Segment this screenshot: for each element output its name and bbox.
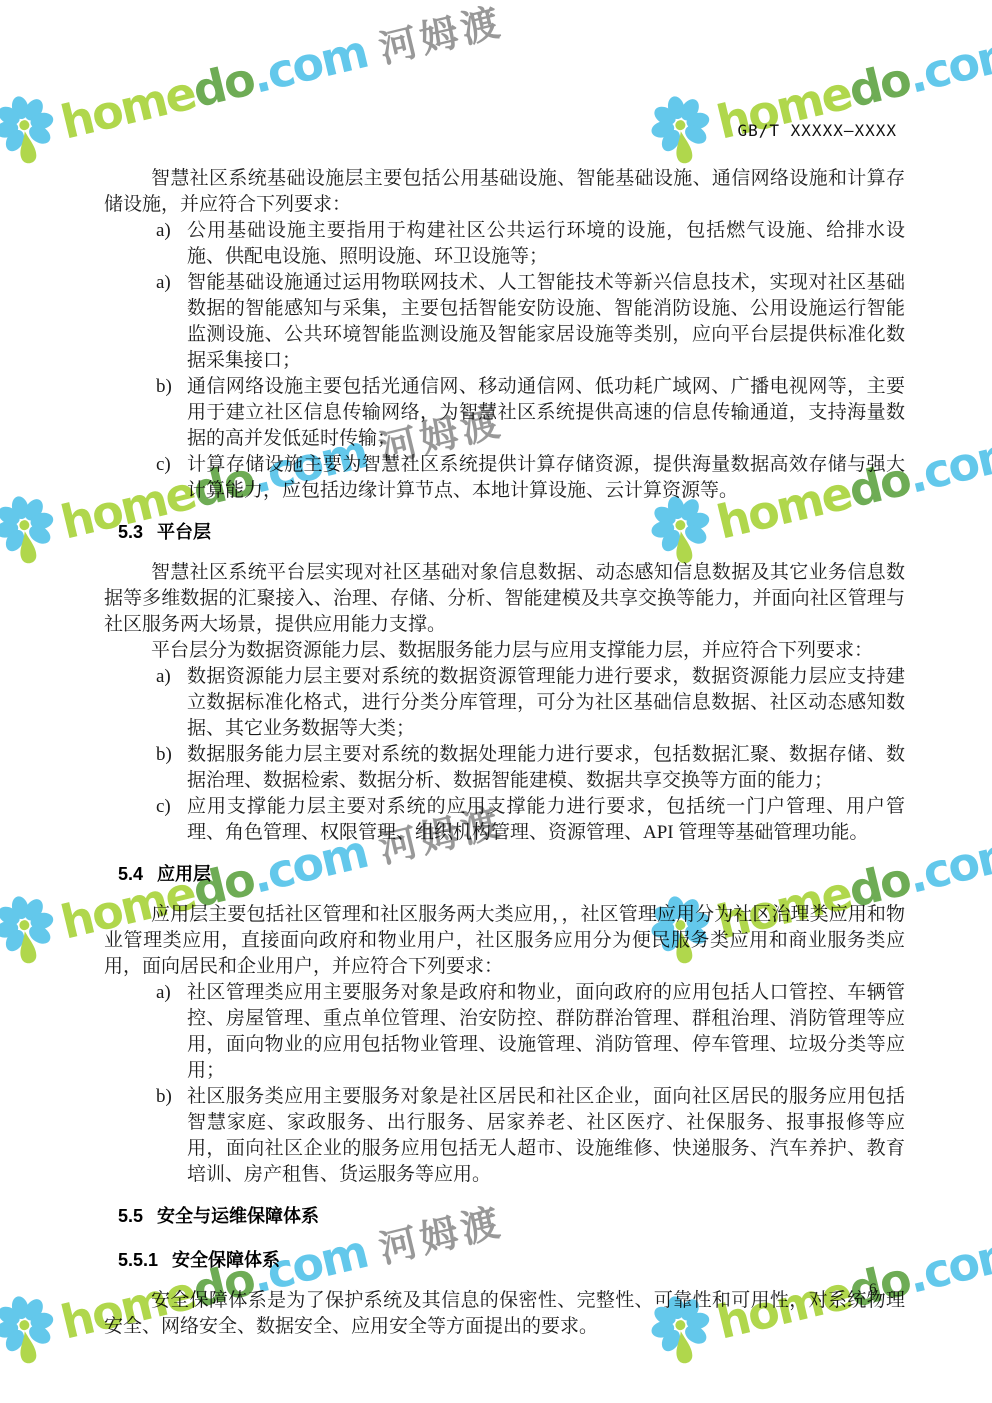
section-heading-5-4: 5.4应用层 (118, 862, 905, 886)
wordmark-com: .com (246, 24, 372, 104)
section-heading-5-5: 5.5安全与运维保障体系 (118, 1204, 905, 1228)
list-item: b) 数据服务能力层主要对系统的数据处理能力进行要求，包括数据汇聚、数据存储、数… (104, 742, 905, 794)
wordmark-com: .com (902, 24, 992, 104)
list-item-text: 社区服务类应用主要服务对象是社区居民和社区企业，面向社区居民的服务应用包括智慧家… (187, 1086, 905, 1185)
list-item-text: 通信网络设施主要包括光通信网、移动通信网、低功耗广域网、广播电视网等，主要用于建… (187, 376, 905, 449)
section-heading-5-5-1: 5.5.1安全保障体系 (118, 1248, 905, 1272)
infrastructure-list: a) 公用基础设施主要指用于构建社区公共运行环境的设施，包括燃气设施、给排水设施… (104, 218, 905, 504)
list-item-label: c) (156, 794, 171, 820)
intro-paragraph: 智慧社区系统基础设施层主要包括公用基础设施、智能基础设施、通信网络设施和计算存储… (104, 166, 905, 218)
paragraph: 平台层分为数据资源能力层、数据服务能力层与应用支撑能力层，并应符合下列要求： (104, 638, 905, 664)
list-item: b) 通信网络设施主要包括光通信网、移动通信网、低功耗广域网、广播电视网等，主要… (104, 374, 905, 452)
section-number: 5.4 (118, 864, 143, 884)
list-item-text: 应用支撑能力层主要对系统的应用支撑能力进行要求，包括统一门户管理、用户管理、角色… (187, 796, 905, 843)
paragraph: 应用层主要包括社区管理和社区服务两大类应用，，社区管理应用分为社区治理类应用和物… (104, 902, 905, 980)
list-item-label: a) (156, 664, 171, 690)
wordmark-do: do (187, 51, 258, 118)
section-title: 安全保障体系 (172, 1250, 280, 1270)
list-item-text: 计算存储设施主要为智慧社区系统提供计算存储资源，提供海量数据高效存储与强大计算能… (187, 454, 905, 501)
section-number: 5.3 (118, 522, 143, 542)
list-item-label: b) (156, 742, 172, 768)
platform-list: a) 数据资源能力层主要对系统的数据资源管理能力进行要求，数据资源能力层应支持建… (104, 664, 905, 846)
list-item-label: c) (156, 452, 171, 478)
section-title: 安全与运维保障体系 (157, 1206, 319, 1226)
list-item-text: 智能基础设施通过运用物联网技术、人工智能技术等新兴信息技术，实现对社区基础数据的… (187, 272, 905, 371)
wordmark-com: .com (902, 1224, 992, 1304)
document-body: 智慧社区系统基础设施层主要包括公用基础设施、智能基础设施、通信网络设施和计算存储… (104, 166, 905, 1340)
paragraph: 智慧社区系统平台层实现对社区基础对象信息数据、动态感知信息数据及其它业务信息数据… (104, 560, 905, 638)
application-list: a) 社区管理类应用主要服务对象是政府和物业，面向政府的应用包括人口管控、车辆管… (104, 980, 905, 1188)
homedo-flower-logo-icon (0, 1289, 65, 1375)
document-page: GB/T XXXXX—XXXX 智慧社区系统基础设施层主要包括公用基础设施、智能… (0, 0, 992, 1403)
list-item-label: b) (156, 374, 172, 400)
homedo-flower-logo-icon (0, 889, 65, 975)
list-item-text: 公用基础设施主要指用于构建社区公共运行环境的设施，包括燃气设施、给排水设施、供配… (187, 220, 905, 267)
list-item: a) 社区管理类应用主要服务对象是政府和物业，面向政府的应用包括人口管控、车辆管… (104, 980, 905, 1084)
homedo-watermark: homedo.com河姆渡 (0, 0, 530, 175)
list-item-text: 数据资源能力层主要对系统的数据资源管理能力进行要求，数据资源能力层应支持建立数据… (187, 666, 905, 739)
section-heading-5-3: 5.3平台层 (118, 520, 905, 544)
homedo-watermark: homedo.com河姆渡 (643, 0, 992, 175)
section-number: 5.5.1 (118, 1250, 158, 1270)
list-item-label: a) (156, 270, 171, 296)
section-number: 5.5 (118, 1206, 143, 1226)
section-title: 平台层 (157, 522, 211, 542)
standard-code-header: GB/T XXXXX—XXXX (0, 121, 897, 140)
section-title: 应用层 (157, 864, 211, 884)
list-item-label: a) (156, 980, 171, 1006)
list-item-label: b) (156, 1084, 172, 1110)
list-item-label: a) (156, 218, 171, 244)
page-number: 6 (869, 1281, 877, 1298)
list-item-text: 数据服务能力层主要对系统的数据处理能力进行要求，包括数据汇聚、数据存储、数据治理… (187, 744, 905, 791)
wordmark-do: do (843, 51, 914, 118)
wordmark-com: .com (902, 424, 992, 504)
list-item: c) 应用支撑能力层主要对系统的应用支撑能力进行要求，包括统一门户管理、用户管理… (104, 794, 905, 846)
homedo-flower-logo-icon (0, 489, 65, 575)
wordmark-hemudu: 河姆渡 (375, 0, 508, 71)
wordmark-com: .com (902, 824, 992, 904)
list-item: a) 公用基础设施主要指用于构建社区公共运行环境的设施，包括燃气设施、给排水设施… (104, 218, 905, 270)
list-item-text: 社区管理类应用主要服务对象是政府和物业，面向政府的应用包括人口管控、车辆管控、房… (187, 982, 905, 1081)
list-item: b) 社区服务类应用主要服务对象是社区居民和社区企业，面向社区居民的服务应用包括… (104, 1084, 905, 1188)
list-item: a) 智能基础设施通过运用物联网技术、人工智能技术等新兴信息技术，实现对社区基础… (104, 270, 905, 374)
paragraph: 安全保障体系是为了保护系统及其信息的保密性、完整性、可靠性和可用性，对系统物理安… (104, 1288, 905, 1340)
list-item: c) 计算存储设施主要为智慧社区系统提供计算存储资源，提供海量数据高效存储与强大… (104, 452, 905, 504)
list-item: a) 数据资源能力层主要对系统的数据资源管理能力进行要求，数据资源能力层应支持建… (104, 664, 905, 742)
